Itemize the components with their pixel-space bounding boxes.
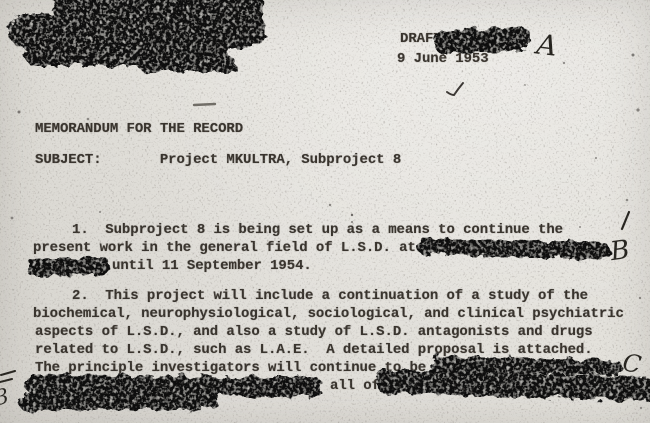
redaction-and-annotation-layer: A B C 3 — [0, 0, 650, 423]
scanned-memo-page: DRAFT- 9 June 1953 MEMORANDUM FOR THE RE… — [0, 0, 650, 423]
paper-grain-texture — [0, 0, 650, 423]
